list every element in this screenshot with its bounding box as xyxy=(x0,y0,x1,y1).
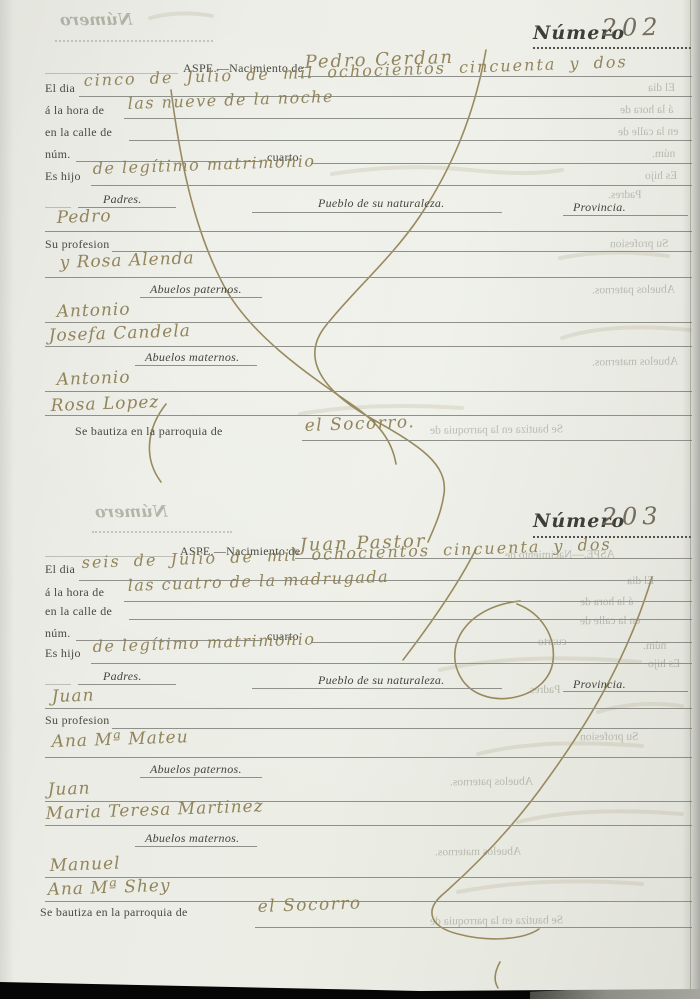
num-label: núm. xyxy=(45,147,71,162)
ruled-line xyxy=(311,642,692,643)
father-name-value: Juan xyxy=(51,686,95,707)
maternal-grandmother-value: Ana Mª Shey xyxy=(47,876,171,900)
filiation-value: de legítimo matrimonio xyxy=(92,151,315,178)
ruled-line xyxy=(45,684,71,685)
bleedthrough-numero-label-2: Número xyxy=(95,502,168,522)
ruled-line xyxy=(124,118,692,119)
su-profesion-label: Su profesion xyxy=(45,713,110,728)
ruled-line xyxy=(91,185,692,186)
parish-value: el Socorro. xyxy=(304,412,415,436)
es-hijo-label: Es hijo xyxy=(45,169,81,184)
paper-right-edge-shadow xyxy=(682,0,700,999)
su-profesion-label: Su profesion xyxy=(45,237,110,252)
bleedthrough-se-bautiza: Se bautiza en la parroquia de xyxy=(430,423,563,436)
provincia-header: Provincia. xyxy=(573,677,626,692)
filiation-value: de legítimo matrimonio xyxy=(92,629,315,656)
abuelos-paternos-header: Abuelos paternos. xyxy=(150,282,242,297)
hora-label: á la hora de xyxy=(45,585,104,600)
bleedthrough-calle-2: en la calle de xyxy=(580,615,640,628)
bleedthrough-el-dia-2: El dia xyxy=(627,575,654,587)
ruled-line xyxy=(252,212,502,213)
mother-name-value: Ana Mª Mateu xyxy=(51,727,189,752)
ruled-line xyxy=(135,846,257,847)
ruled-line xyxy=(112,728,692,729)
provincia-header: Provincia. xyxy=(573,200,626,215)
numero-dotted-line xyxy=(533,47,691,49)
ruled-line xyxy=(112,251,692,252)
bleedthrough-abuelos-paternos: Abuelos paternos. xyxy=(592,284,675,297)
se-bautiza-label: Se bautiza en la parroquia de xyxy=(40,905,188,920)
bleedthrough-calle: en la calle de xyxy=(618,126,678,139)
abuelos-paternos-header: Abuelos paternos. xyxy=(150,762,242,777)
ruled-line xyxy=(45,277,692,278)
bleedthrough-se-bautiza-2: Se bautiza en la parroquia de xyxy=(430,914,563,927)
pueblo-header: Pueblo de su naturaleza. xyxy=(318,196,445,211)
ruled-line xyxy=(129,619,692,620)
bleedthrough-abuelos-maternos-2: Abuelos maternos. xyxy=(435,846,521,859)
bleedthrough-num: núm. xyxy=(652,148,675,160)
maternal-grandfather-value: Manuel xyxy=(49,854,121,876)
ruled-line xyxy=(135,365,257,366)
numero-value: 203 xyxy=(602,502,663,531)
father-name-value: Pedro xyxy=(56,206,112,228)
ruled-line xyxy=(140,297,262,298)
bleedthrough-padres-2: Padres. xyxy=(527,684,561,696)
bleedthrough-abuelos-maternos: Abuelos maternos. xyxy=(592,356,678,369)
ruled-line xyxy=(45,757,692,758)
ruled-line xyxy=(45,708,692,709)
calle-label: en la calle de xyxy=(45,604,112,619)
ink-strokes-overlay xyxy=(0,0,700,999)
bleedthrough-hora-2: á la hora de xyxy=(580,596,633,609)
bleedthrough-es-hijo-2: Es hijo xyxy=(648,658,680,670)
bleedthrough-handwriting-smudges xyxy=(150,13,690,892)
abuelos-maternos-header: Abuelos maternos. xyxy=(145,350,239,365)
pueblo-header: Pueblo de su naturaleza. xyxy=(318,673,445,688)
el-dia-label: El dia xyxy=(45,81,75,96)
ruled-line xyxy=(255,927,692,928)
ruled-line xyxy=(45,346,692,347)
ruled-line xyxy=(45,825,692,826)
bleedthrough-dotted-line xyxy=(55,40,213,42)
parish-value: el Socorro xyxy=(257,893,362,917)
num-label: núm. xyxy=(45,626,71,641)
bleedthrough-numero-label: Número xyxy=(60,10,133,30)
ruled-line xyxy=(129,140,692,141)
paper-sheet: Número El dia á la hora de en la calle d… xyxy=(0,0,700,999)
ruled-line xyxy=(302,440,692,441)
paternal-grandfather-value: Antonio xyxy=(56,299,131,322)
ruled-line xyxy=(563,691,688,692)
paternal-grandmother-value: Josefa Candela xyxy=(48,321,191,346)
el-dia-label: El dia xyxy=(45,562,75,577)
ruled-line xyxy=(252,688,502,689)
padres-header: Padres. xyxy=(103,192,142,207)
es-hijo-label: Es hijo xyxy=(45,646,81,661)
ruled-line xyxy=(311,163,692,164)
mother-name-value: y Rosa Alenda xyxy=(59,248,195,273)
bleedthrough-su-profesion-2: Su profesion xyxy=(580,731,639,744)
maternal-grandmother-value: Rosa Lopez xyxy=(50,392,159,416)
ruled-line xyxy=(563,215,688,216)
bleedthrough-su-profesion: Su profesion xyxy=(610,238,669,251)
ruled-line xyxy=(140,777,262,778)
calle-label: en la calle de xyxy=(45,125,112,140)
ruled-line xyxy=(91,663,692,664)
birth-hour-value: las cuatro de la madrugada xyxy=(127,567,389,595)
ruled-line xyxy=(45,901,692,902)
ruled-line xyxy=(45,231,692,232)
padres-header: Padres. xyxy=(103,669,142,684)
bleedthrough-hora: á la hora de xyxy=(620,104,673,117)
hora-label: á la hora de xyxy=(45,103,104,118)
bleedthrough-el-dia: El dia xyxy=(648,82,675,94)
numero-value: 202 xyxy=(602,13,663,42)
bleedthrough-abuelos-paternos-2: Abuelos paternos. xyxy=(450,776,533,789)
paternal-grandfather-value: Juan xyxy=(47,779,91,800)
paper-left-edge-shadow xyxy=(0,0,14,999)
birth-hour-value: las nueve de la noche xyxy=(127,87,334,113)
paper-right-edge-line xyxy=(690,0,691,999)
bleedthrough-es-hijo: Es hijo xyxy=(645,170,677,182)
register-page-scan: Número El dia á la hora de en la calle d… xyxy=(0,0,700,999)
se-bautiza-label: Se bautiza en la parroquia de xyxy=(75,424,223,439)
abuelos-maternos-header: Abuelos maternos. xyxy=(145,831,239,846)
maternal-grandfather-value: Antonio xyxy=(56,367,131,390)
ruled-line xyxy=(124,601,692,602)
bleedthrough-dotted-line-2 xyxy=(92,531,232,533)
